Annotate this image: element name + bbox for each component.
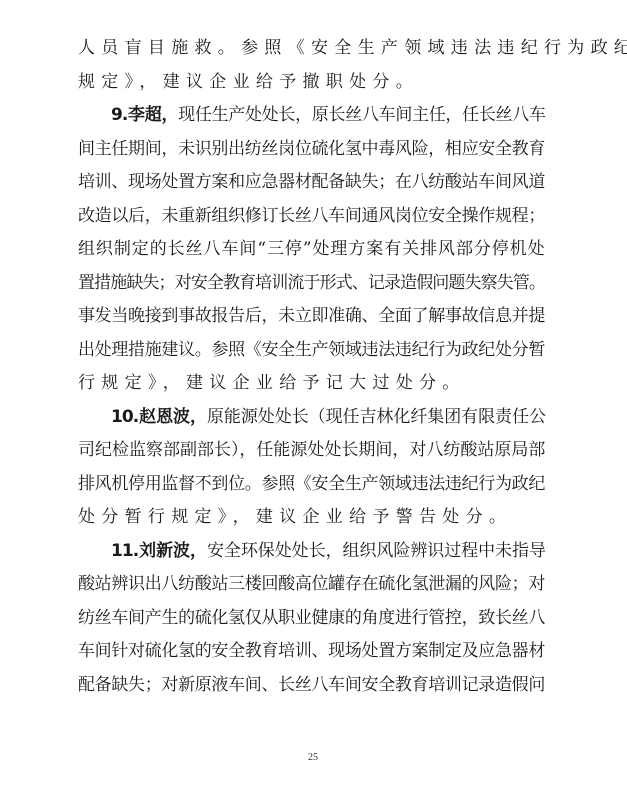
line-text: 培训、现场处置方案和应急器材配备缺失；在八纺酸站车间风道 (78, 172, 545, 192)
line-text: 配备缺失；对新原液车间、长丝八车间安全教育培训记录造假问 (78, 675, 545, 695)
line-text: 行规定》，建议企业给予记大过处分。 (78, 373, 466, 393)
text-line: 间主任期间，未识别出纺丝岗位硫化氢中毒风险，相应安全教育 (78, 137, 545, 161)
text-line: 行规定》，建议企业给予记大过处分。 (78, 371, 545, 395)
line-text: 酸站辨识出八纺酸站三楼回酸高位罐存在硫化氢泄漏的风险；对 (78, 574, 545, 594)
text-line: 改造以后，未重新组织修订长丝八车间通风岗位安全操作规程； (78, 204, 545, 228)
line-text: 现任生产处处长，原长丝八车间主任，任长丝八车 (178, 105, 545, 125)
document-page: 人员盲目施救。参照《安全生产领域违法违纪行为政纪处分暂行 规定》，建议企业给予撤… (0, 0, 627, 785)
text-line: 置措施缺失；对安全教育培训流于形式、记录造假问题失察失管。 (78, 271, 545, 295)
line-text: 改造以后，未重新组织修订长丝八车间通风岗位安全操作规程； (78, 206, 545, 226)
paragraph-9-heading-line: 9.李超，现任生产处处长，原长丝八车间主任，任长丝八车 (111, 103, 545, 127)
text-line: 纺丝车间产生的硫化氢仅从职业健康的角度进行管控，致长丝八 (78, 606, 545, 630)
person-name-li-chao: 9.李超， (111, 105, 178, 125)
line-text: 原能源处处长（现任吉林化纤集团有限责任公 (207, 407, 545, 427)
paragraph-11-heading-line: 11.刘新波，安全环保处处长，组织风险辨识过程中未指导 (111, 539, 545, 563)
line-text: 组织制定的长丝八车间“三停”处理方案有关排风部分停机处 (78, 239, 545, 259)
line-text: 规定》，建议企业给予撤职处分。 (78, 72, 419, 92)
page-number: 25 (303, 752, 323, 763)
line-text: 间主任期间，未识别出纺丝岗位硫化氢中毒风险，相应安全教育 (78, 139, 545, 159)
line-text: 人员盲目施救。参照《安全生产领域违法违纪行为政纪处分暂行 (78, 38, 627, 58)
text-line: 处分暂行规定》，建议企业给予警告处分。 (78, 505, 545, 529)
line-text: 置措施缺失；对安全教育培训流于形式、记录造假问题失察失管。 (78, 273, 545, 293)
text-line: 规定》，建议企业给予撤职处分。 (78, 70, 545, 94)
line-text: 处分暂行规定》，建议企业给予警告处分。 (78, 507, 512, 527)
text-line: 事发当晚接到事故报告后，未立即准确、全面了解事故信息并提 (78, 304, 545, 328)
line-text: 车间针对硫化氢的安全教育培训、现场处置方案制定及应急器材 (78, 641, 545, 661)
paragraph-10-heading-line: 10.赵恩波，原能源处处长（现任吉林化纤集团有限责任公 (111, 405, 545, 429)
text-line: 酸站辨识出八纺酸站三楼回酸高位罐存在硫化氢泄漏的风险；对 (78, 572, 545, 596)
line-text: 出处理措施建议。参照《安全生产领域违法违纪行为政纪处分暂 (78, 340, 545, 360)
text-line: 培训、现场处置方案和应急器材配备缺失；在八纺酸站车间风道 (78, 170, 545, 194)
person-name-zhao-enbo: 10.赵恩波， (111, 407, 207, 427)
line-text: 司纪检监察部副部长），任能源处处长期间，对八纺酸站原局部 (78, 440, 545, 460)
line-text: 排风机停用监督不到位。参照《安全生产领域违法违纪行为政纪 (78, 474, 545, 494)
text-line: 配备缺失；对新原液车间、长丝八车间安全教育培训记录造假问 (78, 673, 545, 697)
text-line: 组织制定的长丝八车间“三停”处理方案有关排风部分停机处 (78, 237, 545, 261)
text-line: 排风机停用监督不到位。参照《安全生产领域违法违纪行为政纪 (78, 472, 545, 496)
line-text: 事发当晚接到事故报告后，未立即准确、全面了解事故信息并提 (78, 306, 545, 326)
text-line: 车间针对硫化氢的安全教育培训、现场处置方案制定及应急器材 (78, 639, 545, 663)
person-name-liu-xinbo: 11.刘新波， (111, 541, 207, 561)
line-text: 纺丝车间产生的硫化氢仅从职业健康的角度进行管控，致长丝八 (78, 608, 545, 628)
text-line: 人员盲目施救。参照《安全生产领域违法违纪行为政纪处分暂行 (78, 36, 545, 60)
line-text: 安全环保处处长，组织风险辨识过程中未指导 (207, 541, 545, 561)
text-line: 出处理措施建议。参照《安全生产领域违法违纪行为政纪处分暂 (78, 338, 545, 362)
text-line: 司纪检监察部副部长），任能源处处长期间，对八纺酸站原局部 (78, 438, 545, 462)
